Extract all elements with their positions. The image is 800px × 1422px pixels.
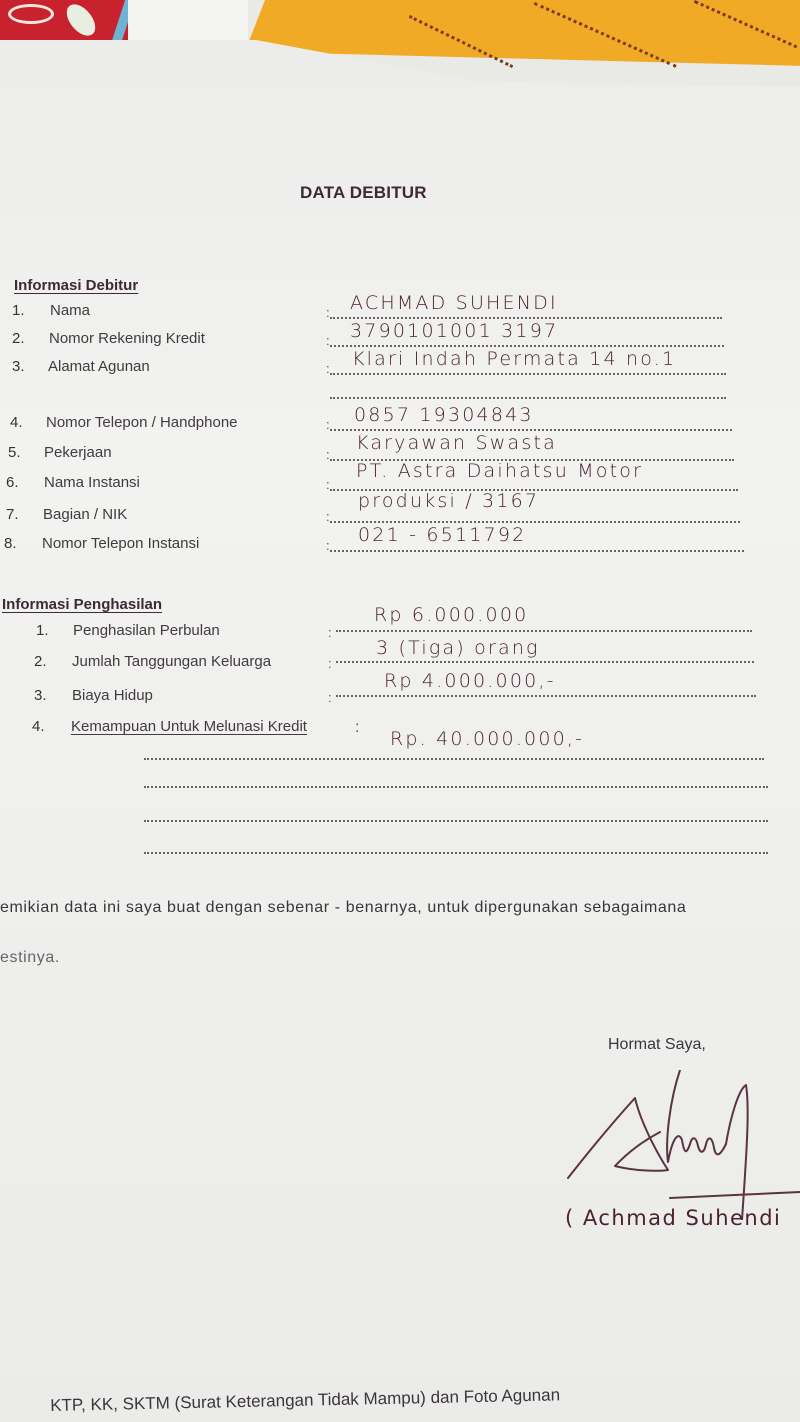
fill-in-line-extra [144, 852, 768, 854]
fill-in-line [144, 758, 764, 760]
document-title: DATA DEBITUR [300, 183, 427, 203]
statement-line-2: estinya. [0, 949, 60, 967]
handwritten-value: Rp 4.000.000,- [384, 670, 556, 692]
handwritten-value: 0857 19304843 [354, 404, 534, 426]
section-heading-penghasilan: Informasi Penghasilan [2, 596, 162, 613]
handwritten-value: produksi / 3167 [358, 490, 539, 512]
handwritten-value: 3 (Tiga) orang [376, 637, 540, 659]
field-label: Biaya Hidup [72, 687, 153, 704]
statement-line-1: emikian data ini saya buat dengan sebena… [0, 899, 686, 917]
field-label: Kemampuan Untuk Melunasi Kredit [71, 718, 307, 735]
field-label: Jumlah Tanggungan Keluarga [72, 653, 271, 670]
white-card-edge [128, 0, 248, 46]
closing-salutation: Hormat Saya, [608, 1036, 706, 1054]
field-label: Pekerjaan [44, 444, 112, 461]
fill-in-line [330, 429, 732, 431]
field-label: Nama Instansi [44, 474, 140, 491]
fill-in-line-extra [144, 820, 768, 822]
signed-name: ( Achmad Suhendi [565, 1206, 781, 1230]
row-number: 4. [32, 718, 45, 735]
fill-in-line [330, 317, 722, 319]
decorative-leaf [62, 0, 99, 41]
fill-in-line-extra [144, 786, 768, 788]
signature-mark [560, 1070, 800, 1220]
row-number: 4. [10, 414, 23, 431]
handwritten-value: PT. Astra Daihatsu Motor [356, 460, 643, 482]
row-number: 3. [12, 358, 25, 375]
colon-separator: : [328, 690, 332, 705]
fill-in-line [336, 695, 756, 697]
colon-separator: : [328, 656, 332, 671]
fill-in-line [330, 550, 744, 552]
row-number: 1. [36, 622, 49, 639]
handwritten-value: 021 - 6511792 [358, 524, 526, 546]
colon-separator: : [328, 625, 332, 640]
row-number: 2. [12, 330, 25, 347]
handwritten-value: Klari Indah Permata 14 no.1 [352, 348, 676, 370]
fill-in-line [330, 373, 726, 375]
decorative-swirl [8, 4, 54, 24]
fill-in-line [330, 521, 740, 523]
handwritten-value: 3790101001 3197 [350, 320, 558, 342]
fill-in-line [336, 630, 752, 632]
row-number: 7. [6, 506, 19, 523]
row-number: 8. [4, 535, 17, 552]
fill-in-line-extra [330, 397, 726, 399]
row-number: 2. [34, 653, 47, 670]
field-label: Bagian / NIK [43, 506, 127, 523]
colon-separator: : [355, 719, 359, 737]
handwritten-value: Rp 6.000.000 [374, 604, 528, 626]
field-label: Alamat Agunan [48, 358, 150, 375]
field-label: Nomor Telepon Instansi [42, 535, 199, 552]
fill-in-line [330, 345, 724, 347]
row-number: 3. [34, 687, 47, 704]
field-label: Nomor Rekening Kredit [49, 330, 205, 347]
section-heading-debitur: Informasi Debitur [14, 277, 138, 294]
fill-in-line [336, 661, 754, 663]
field-label: Nomor Telepon / Handphone [46, 414, 238, 431]
handwritten-value: ACHMAD SUHENDI [350, 292, 558, 314]
handwritten-value: Rp. 40.000.000,- [390, 728, 584, 750]
row-number: 1. [12, 302, 25, 319]
row-number: 5. [8, 444, 21, 461]
row-number: 6. [6, 474, 19, 491]
handwritten-value: Karyawan Swasta [356, 432, 557, 454]
field-label: Nama [50, 302, 90, 319]
field-label: Penghasilan Perbulan [73, 622, 220, 639]
